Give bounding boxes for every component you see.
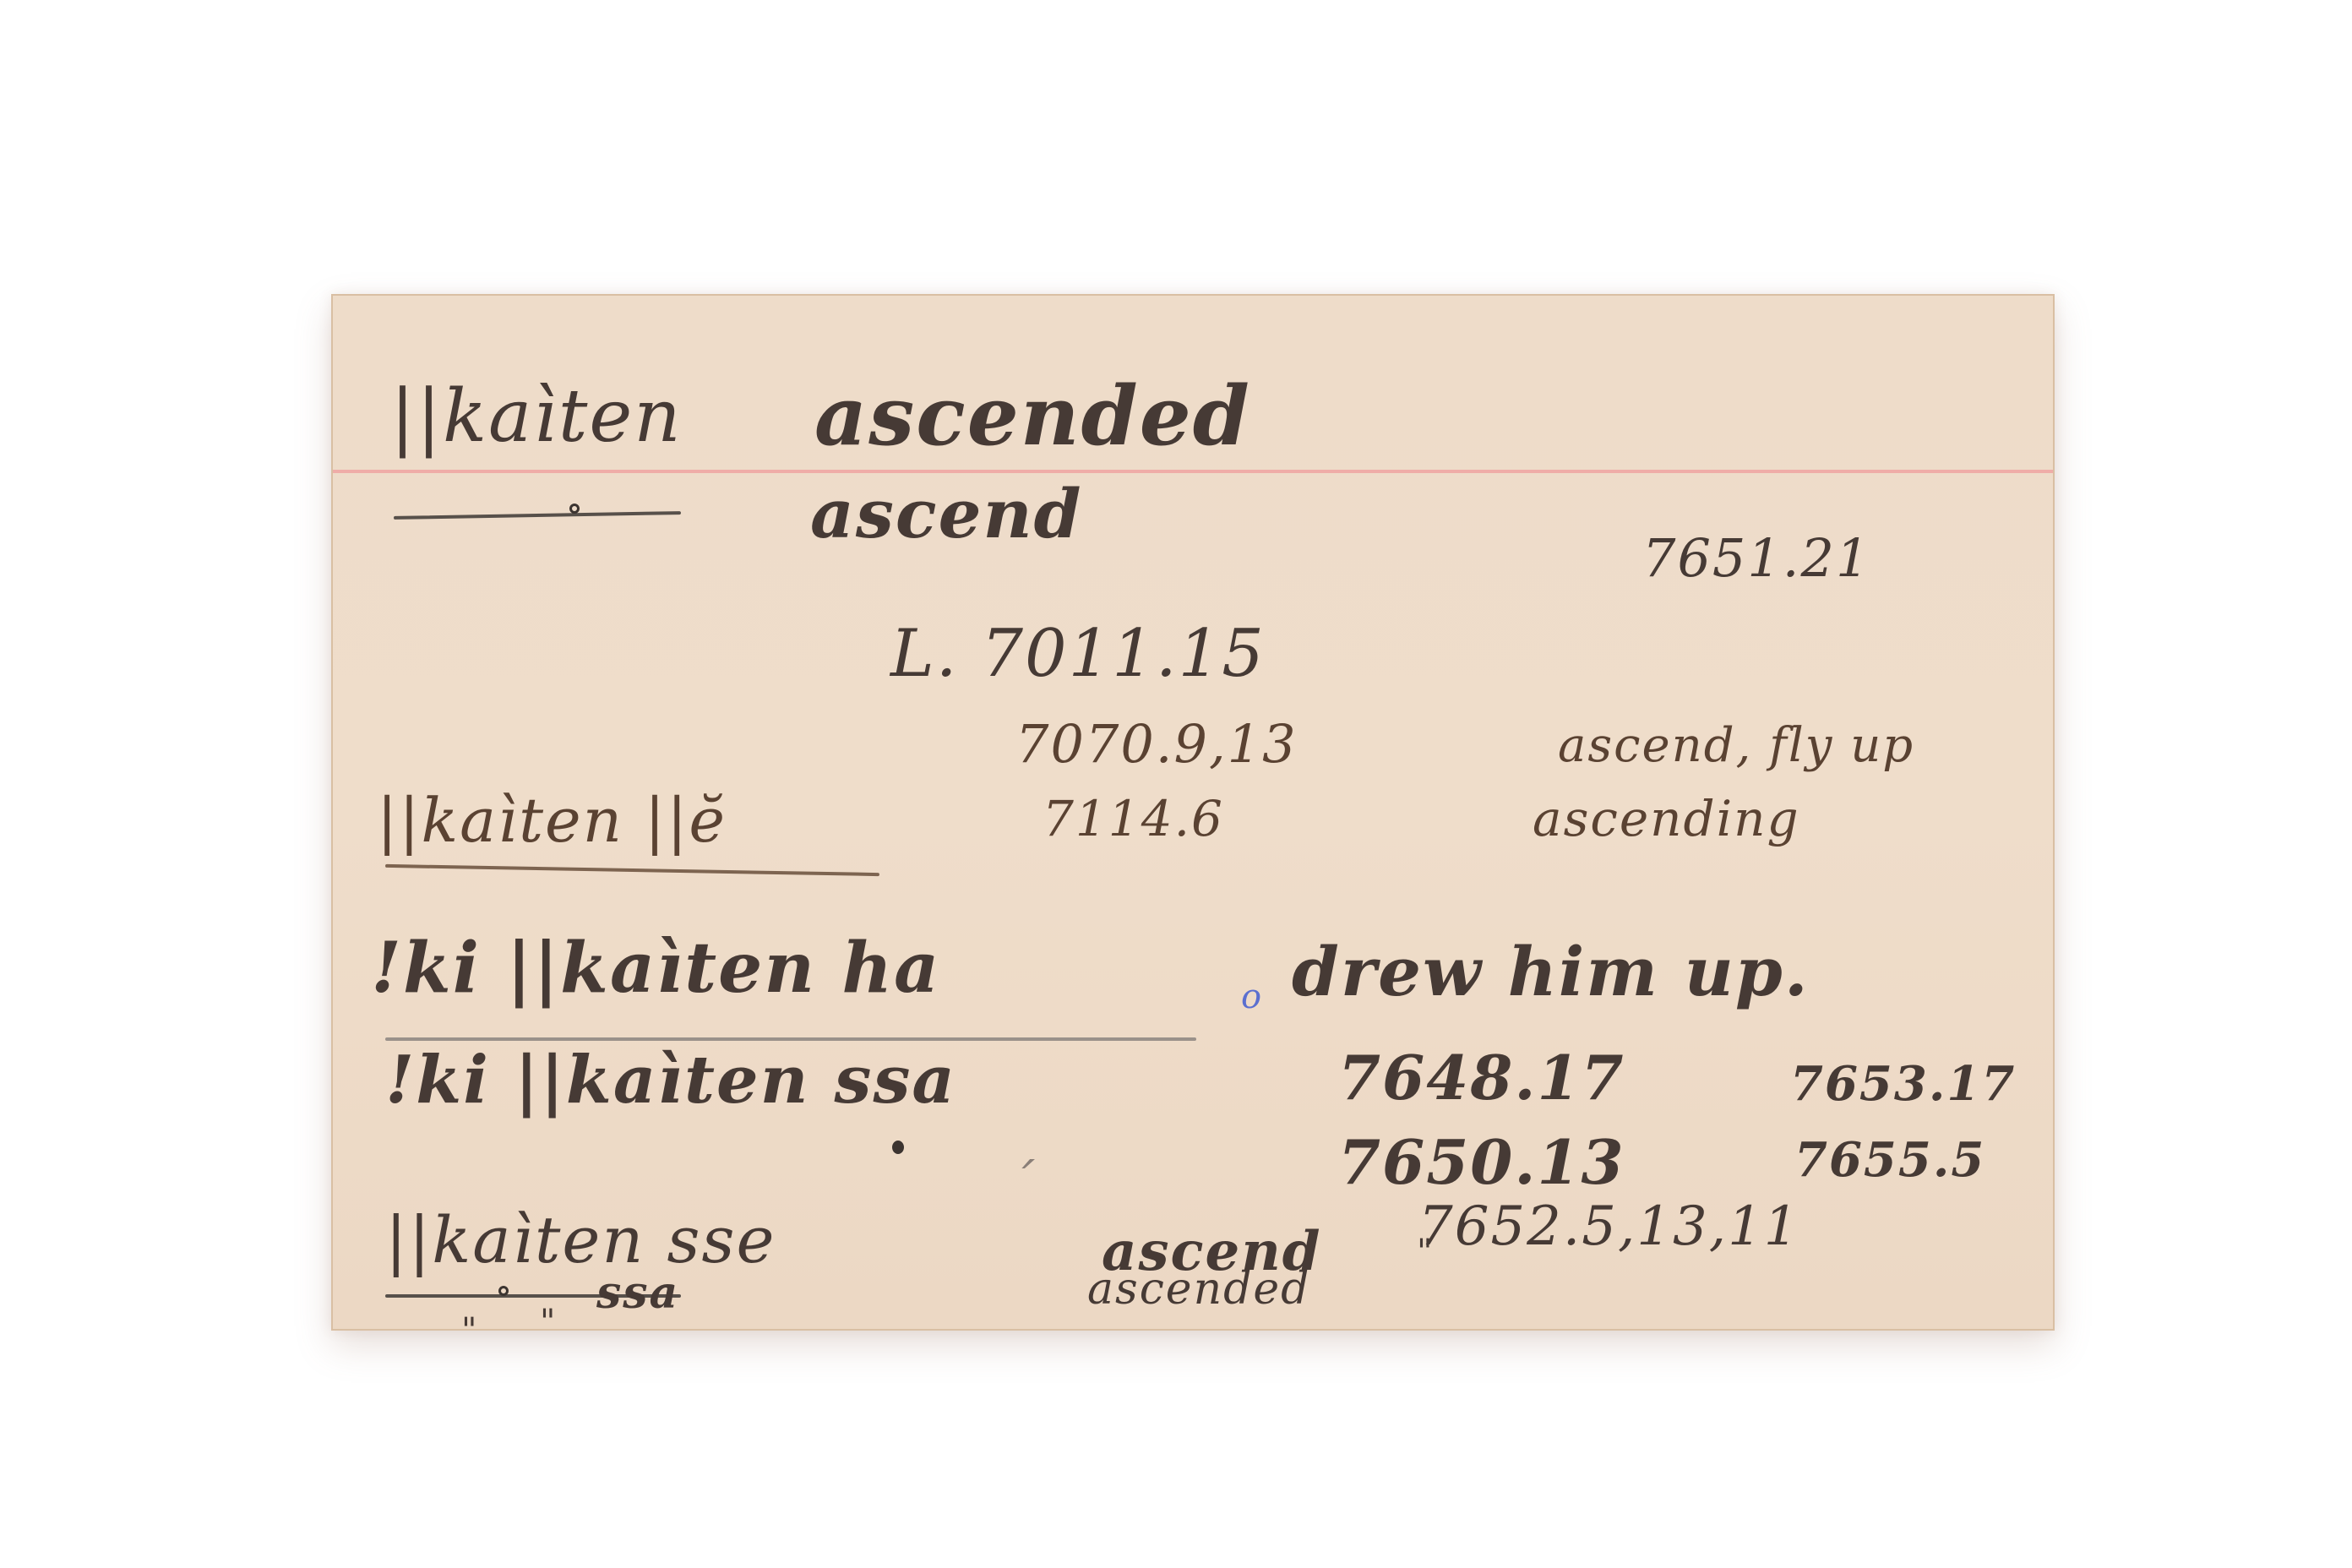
- entry-3-gloss: drew him up.: [1292, 938, 1810, 1005]
- headword: ||kaìten: [390, 380, 683, 453]
- entry-6-gloss: ascended: [1087, 1267, 1310, 1311]
- entry-5-accent: ´: [1009, 1157, 1036, 1208]
- entry-3-blue-mark: o: [1241, 980, 1263, 1014]
- index-card: ||kaìten ascended ascend 7651.21 L. 7011…: [331, 294, 2055, 1331]
- ref-top-right: 7651.21: [1642, 532, 1870, 585]
- entry-5-word: ||kaìten sse: [385, 1208, 776, 1272]
- entry-5-ring-mark: [498, 1286, 509, 1296]
- entry-4-dot-mark: [892, 1141, 904, 1154]
- entry-6-ditto-1: ": [461, 1314, 478, 1347]
- refs-col2-2: 7655.5: [1794, 1136, 1985, 1184]
- entry-4-word: !ki ||kaìten ssa: [385, 1048, 956, 1113]
- entry-2-ref: 7114.6: [1043, 794, 1224, 843]
- header-rule: [333, 470, 2053, 473]
- entry-6-word: ssa: [596, 1271, 679, 1315]
- headword-gloss-2: ascend: [810, 480, 1083, 547]
- headword-gloss: ascended: [814, 376, 1251, 457]
- refs-col2-1: 7653.17: [1790, 1060, 2016, 1108]
- entry-3-word: !ki ||kaìten ha: [371, 934, 940, 1003]
- entry-4-overline: [385, 1037, 1196, 1041]
- ref-7070: 7070.9,13: [1015, 718, 1298, 770]
- entry-2-underline: [385, 864, 879, 876]
- entry-2-word: ||kaìten ||ĕ: [377, 790, 727, 851]
- underline-ring-mark: [569, 504, 580, 514]
- entry-5-refs: 7652.5,13,11: [1418, 1200, 1800, 1254]
- headword-underline: [394, 511, 681, 520]
- gloss-7070: ascend, fly up: [1558, 722, 1914, 770]
- ref-l: L. 7011.15: [890, 621, 1266, 687]
- entry-2-gloss: ascending: [1533, 794, 1800, 843]
- refs-col1-1: 7648.17: [1338, 1048, 1625, 1108]
- entry-6-ditto-2: ": [540, 1305, 557, 1339]
- entry-6-ditto-3: ": [1417, 1235, 1434, 1269]
- refs-col1-2: 7650.13: [1338, 1132, 1625, 1193]
